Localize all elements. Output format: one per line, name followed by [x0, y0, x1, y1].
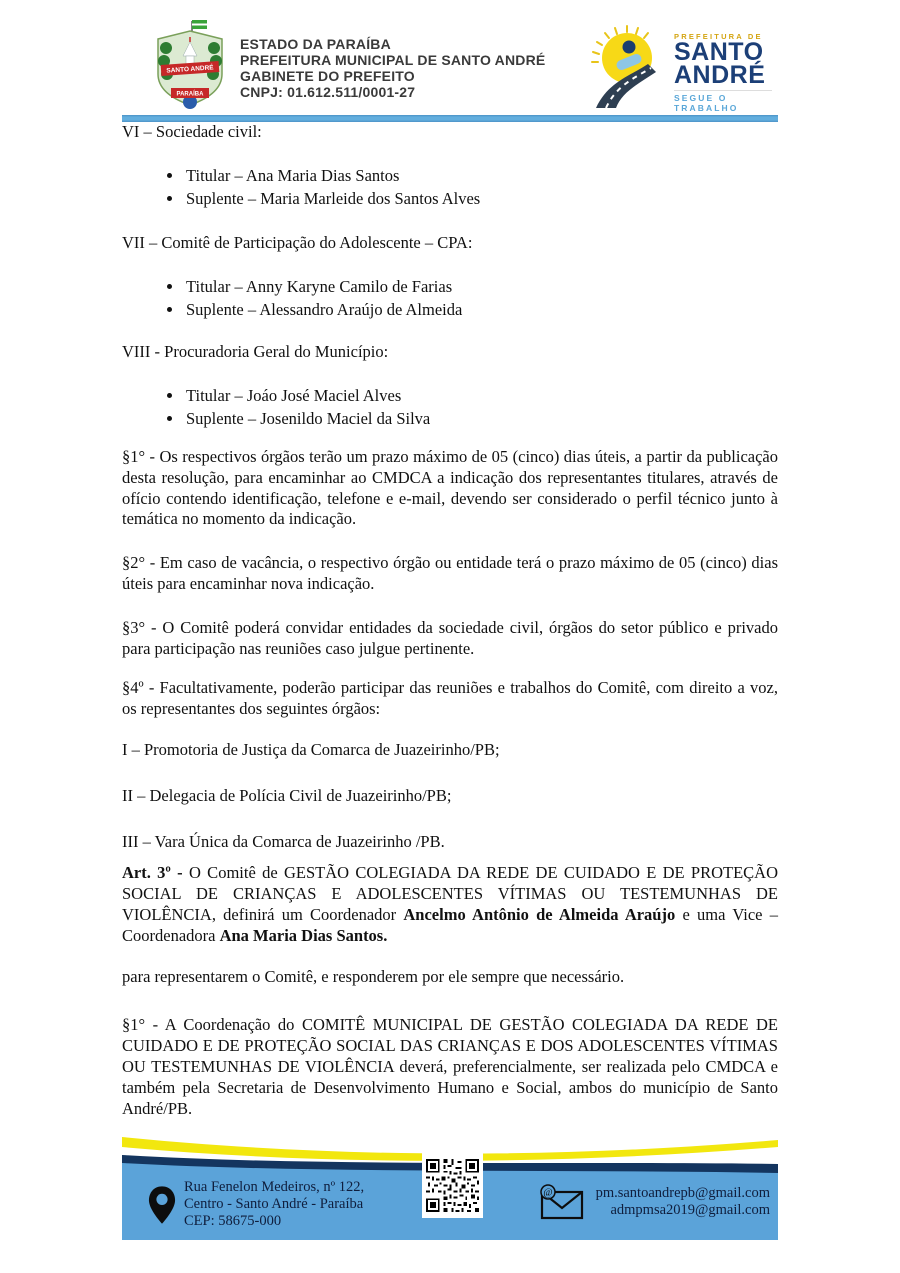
list-item: Suplente – Josenildo Maciel da Silva: [184, 407, 778, 430]
email-block: @ pm.santoandrepb@gmail.com admpmsa2019@…: [536, 1183, 770, 1221]
address-line-3: CEP: 58675-000: [184, 1213, 364, 1230]
org-item-i: I – Promotoria de Justiça da Comarca de …: [122, 740, 778, 760]
svg-text:@: @: [543, 1188, 552, 1199]
email-line-2: admpmsa2019@gmail.com: [596, 1202, 770, 1219]
gov-logo-text: PREFEITURA DE SANTO ANDRÉ SEGUE O TRABAL…: [674, 32, 772, 116]
qr-code: [422, 1153, 483, 1218]
org-line-prefeitura: PREFEITURA MUNICIPAL DE SANTO ANDRÉ: [240, 52, 560, 68]
document-page: SANTO ANDRÉ PARAÍBA ESTADO DA PARAÍBA PR…: [0, 0, 900, 1273]
coordinator-name: Ancelmo Antônio de Almeida Araújo: [403, 905, 675, 924]
paragraph-1: §1° - Os respectivos órgãos terão um pra…: [122, 447, 778, 530]
address-line-1: Rua Fenelon Medeiros, nº 122,: [184, 1179, 364, 1196]
org-identification: ESTADO DA PARAÍBA PREFEITURA MUNICIPAL D…: [240, 36, 560, 100]
org-line-cnpj: CNPJ: 01.612.511/0001-27: [240, 84, 560, 100]
page-header: SANTO ANDRÉ PARAÍBA ESTADO DA PARAÍBA PR…: [122, 18, 778, 108]
envelope-icon: @: [536, 1183, 586, 1221]
sun-road-icon: [582, 20, 674, 108]
gov-logo-tagline: SEGUE O TRABALHO: [674, 90, 772, 113]
address-block: Rua Fenelon Medeiros, nº 122, Centro - S…: [148, 1179, 364, 1230]
crest-banner-bottom: PARAÍBA: [177, 90, 205, 98]
org-line-gabinete: GABINETE DO PREFEITO: [240, 68, 560, 84]
paragraph-4: §4º - Facultativamente, poderão particip…: [122, 678, 778, 720]
section-vi-list: Titular – Ana Maria Dias Santos Suplente…: [122, 164, 778, 210]
article-3-label: Art. 3º -: [122, 863, 189, 882]
list-item: Suplente – Maria Marleide dos Santos Alv…: [184, 187, 778, 210]
list-item: Suplente – Alessandro Araújo de Almeida: [184, 298, 778, 321]
paragraph-2: §2° - Em caso de vacância, o respectivo …: [122, 553, 778, 595]
section-viii-list: Titular – Joáo José Maciel Alves Suplent…: [122, 384, 778, 430]
org-line-state: ESTADO DA PARAÍBA: [240, 36, 560, 52]
footer-content: Rua Fenelon Medeiros, nº 122, Centro - S…: [122, 1169, 778, 1240]
org-item-ii: II – Delegacia de Polícia Civil de Juaze…: [122, 786, 778, 806]
final-paragraph-1: §1° - A Coordenação do COMITÊ MUNICIPAL …: [122, 1014, 778, 1119]
prefeitura-brand-logo: PREFEITURA DE SANTO ANDRÉ SEGUE O TRABAL…: [582, 20, 772, 108]
email-line-1: pm.santoandrepb@gmail.com: [596, 1185, 770, 1202]
section-vii-list: Titular – Anny Karyne Camilo de Farias S…: [122, 275, 778, 321]
list-item: Titular – Anny Karyne Camilo de Farias: [184, 275, 778, 298]
list-item: Titular – Joáo José Maciel Alves: [184, 384, 778, 407]
santo-andre-coat-of-arms-icon: SANTO ANDRÉ PARAÍBA: [140, 18, 240, 110]
location-pin-icon: [148, 1183, 176, 1227]
section-vi-heading: VI – Sociedade civil:: [122, 122, 778, 142]
gov-logo-title-2: ANDRÉ: [674, 64, 772, 87]
document-body: VI – Sociedade civil: Titular – Ana Mari…: [122, 122, 778, 1119]
vice-coordinator-name: Ana Maria Dias Santos.: [220, 926, 388, 945]
section-vii-heading: VII – Comitê de Participação do Adolesce…: [122, 233, 778, 253]
header-divider-rule: [122, 115, 778, 122]
org-item-iii: III – Vara Única da Comarca de Juazeirin…: [122, 832, 778, 852]
list-item: Titular – Ana Maria Dias Santos: [184, 164, 778, 187]
page-footer: Rua Fenelon Medeiros, nº 122, Centro - S…: [122, 1133, 778, 1240]
section-viii-heading: VIII - Procuradoria Geral do Município:: [122, 342, 778, 362]
paragraph-3: §3° - O Comitê poderá convidar entidades…: [122, 618, 778, 660]
representation-paragraph: para representarem o Comitê, e responder…: [122, 966, 778, 987]
address-line-2: Centro - Santo André - Paraíba: [184, 1196, 364, 1213]
article-3-paragraph: Art. 3º - O Comitê de GESTÃO COLEGIADA D…: [122, 862, 778, 946]
